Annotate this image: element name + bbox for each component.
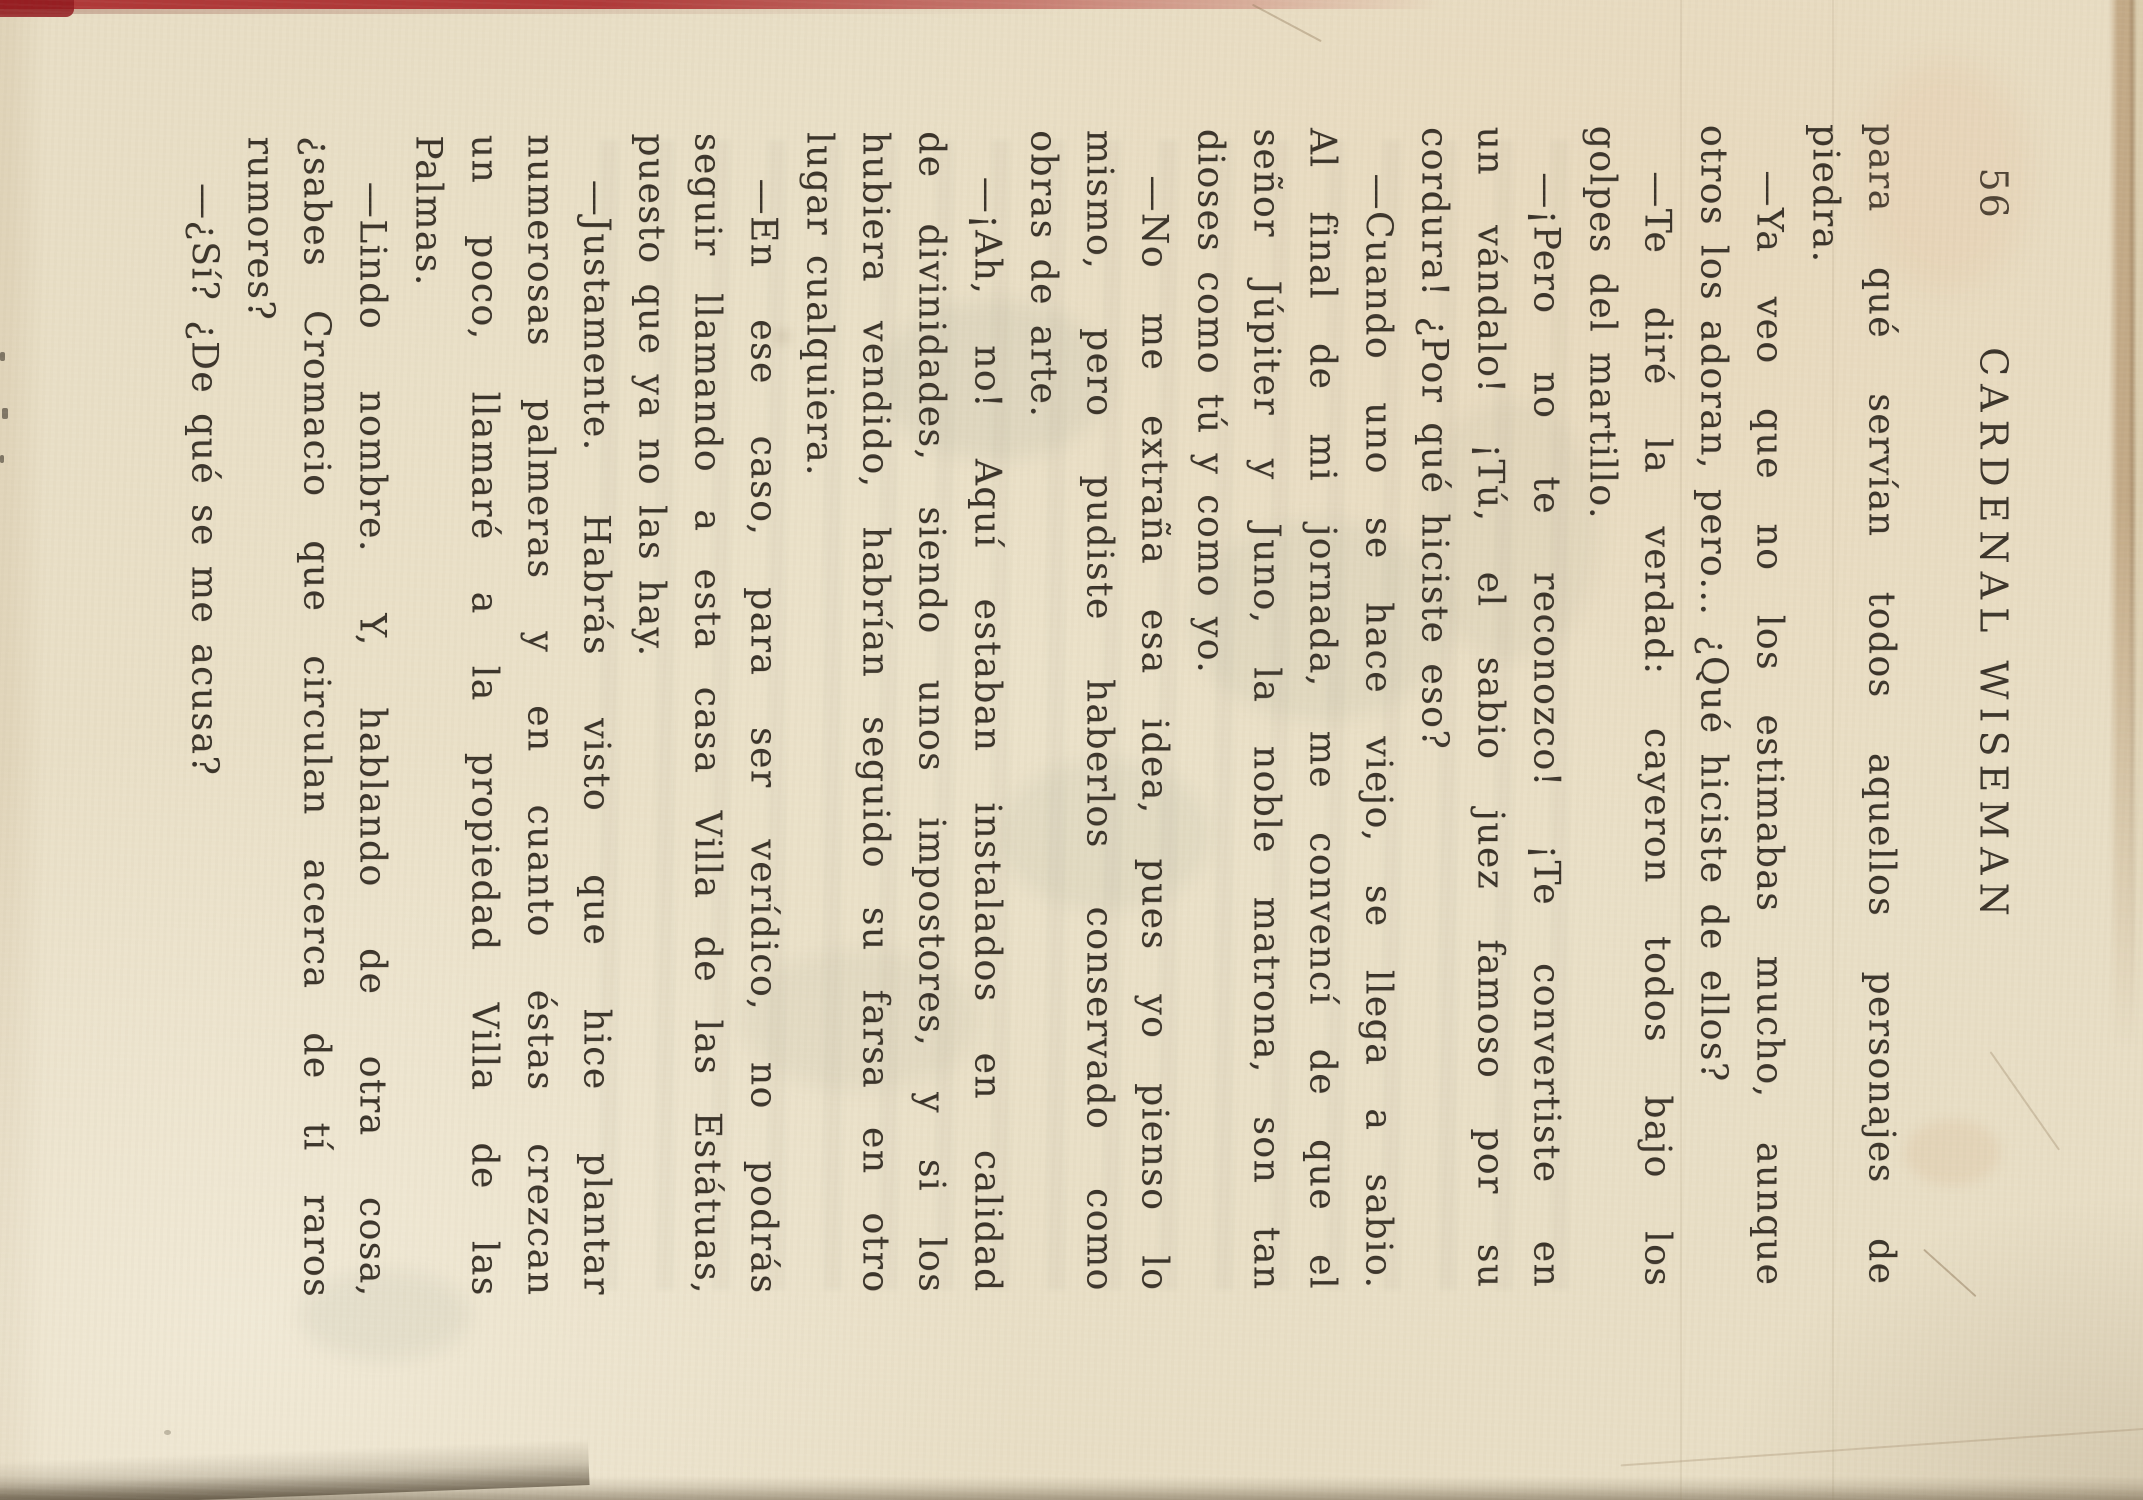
book-page: 56 CARDENAL WISEMAN para qué servían tod… bbox=[0, 0, 2143, 1500]
text-line: Palmas. bbox=[399, 135, 455, 1297]
text-line: un poco, llamaré a la propiedad Villa de… bbox=[455, 134, 511, 1296]
text-line: otros los adoran, pero... ¿Qué hiciste d… bbox=[1684, 124, 1740, 1286]
text-line: lugar cualquiera. bbox=[790, 132, 846, 1294]
text-line: cordura! ¿Por qué hiciste eso? bbox=[1405, 127, 1461, 1289]
text-line: señor Júpiter y Juno, la noble matrona, … bbox=[1237, 128, 1293, 1290]
text-line: —Ya veo que no los estimabas mucho, aunq… bbox=[1740, 124, 1796, 1286]
text-line: —¡Pero no te reconozco! ¡Te convertiste … bbox=[1517, 126, 1573, 1288]
text-line: mismo, pero pudiste haberlos conservado … bbox=[1070, 129, 1126, 1291]
text-line: golpes del martillo. bbox=[1573, 125, 1629, 1287]
text-line: un vándalo! ¡Tú, el sabio juez famoso po… bbox=[1461, 126, 1517, 1288]
text-line: —En ese caso, para ser verídico, no podr… bbox=[734, 132, 790, 1294]
text-line: seguir llamando a esta casa Villa de las… bbox=[678, 133, 734, 1295]
text-line: —¿Sí? ¿De qué se me acusa? bbox=[175, 137, 231, 1299]
text-line: numerosas palmeras y en cuanto éstas cre… bbox=[511, 134, 567, 1296]
text-line: dioses como tú y como yo. bbox=[1181, 128, 1237, 1290]
text-line: —Cuando uno se hace viejo, se llega a sa… bbox=[1349, 127, 1405, 1289]
text-line: —No me extraña esa idea, pues yo pienso … bbox=[1126, 129, 1182, 1291]
text-line: —Justamente. Habrás visto que hice plant… bbox=[567, 133, 623, 1295]
scanned-book-page-photo: 56 CARDENAL WISEMAN para qué servían tod… bbox=[0, 0, 2143, 1500]
text-line: obras de arte. bbox=[1014, 130, 1070, 1292]
page-text: para qué servían todos aquellos personaj… bbox=[175, 123, 1908, 1299]
text-line: —Te diré la verdad: cayeron todos bajo l… bbox=[1629, 125, 1685, 1287]
text-line: ¿sabes Cromacio que circulan acerca de t… bbox=[287, 136, 343, 1298]
running-head: 56 CARDENAL WISEMAN bbox=[1967, 123, 2015, 1285]
text-line: —Lindo nombre. Y, hablando de otra cosa, bbox=[343, 135, 399, 1297]
text-line: Al final de mi jornada, me convencí de q… bbox=[1293, 128, 1349, 1290]
running-title: CARDENAL WISEMAN bbox=[1971, 185, 2015, 1085]
text-line: rumores? bbox=[231, 136, 287, 1298]
text-line: para qué servían todos aquellos personaj… bbox=[1852, 123, 1908, 1285]
text-line: puesto que ya no las hay. bbox=[623, 133, 679, 1295]
text-line: —¡Ah, no! Aquí estaban instalados en cal… bbox=[958, 130, 1014, 1292]
text-line: hubiera vendido, habrían seguido su fars… bbox=[846, 131, 902, 1293]
text-line: de divinidades, siendo unos impostores, … bbox=[902, 131, 958, 1293]
text-line: piedra. bbox=[1796, 124, 1852, 1286]
